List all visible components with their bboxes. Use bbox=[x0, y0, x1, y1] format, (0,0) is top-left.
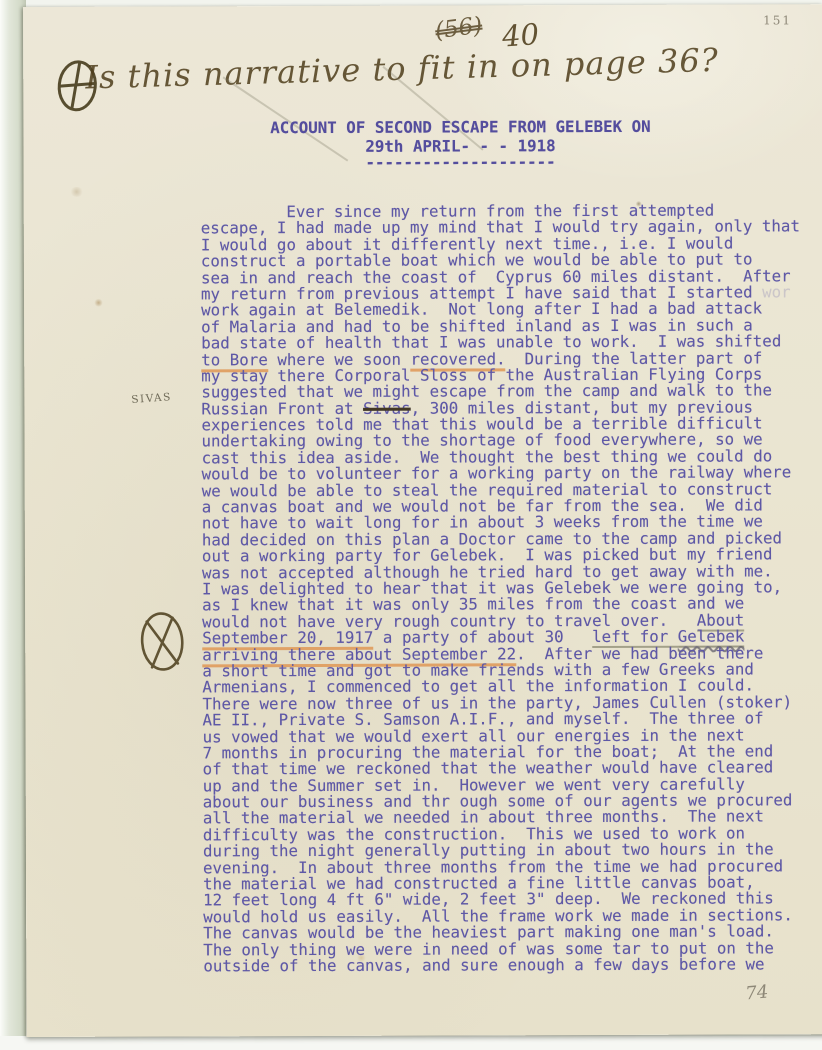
typed-line: outside of the canvas, and sure enough a… bbox=[203, 956, 802, 974]
title-line-1: ACCOUNT OF SECOND ESCAPE FROM GELEBEK ON bbox=[268, 117, 652, 137]
archive-number-pencil: 151 bbox=[763, 13, 792, 27]
document-title: ACCOUNT OF SECOND ESCAPE FROM GELEBEK ON… bbox=[268, 117, 652, 172]
margin-note-sivas: SIVAS bbox=[131, 391, 172, 406]
document-page: 151 (56) 40 Is this narrative to fit in … bbox=[23, 4, 822, 1037]
foxing-stain bbox=[70, 187, 84, 197]
page-number-pencil: 74 bbox=[745, 981, 770, 1004]
title-underline-rule: -------------------- bbox=[269, 152, 653, 172]
circled-x-mark bbox=[135, 607, 189, 679]
header-handwritten-note: Is this narrative to fit in on page 36? bbox=[85, 41, 719, 97]
crossed-out-page-number: (56) bbox=[434, 13, 484, 45]
scanner-background bbox=[0, 1036, 822, 1050]
document-scan: 151 (56) 40 Is this narrative to fit in … bbox=[0, 0, 822, 1050]
typed-body: Ever since my return from the first atte… bbox=[201, 202, 803, 974]
backing-sheet-edge bbox=[0, 0, 26, 1050]
foxing-stain bbox=[94, 299, 103, 307]
